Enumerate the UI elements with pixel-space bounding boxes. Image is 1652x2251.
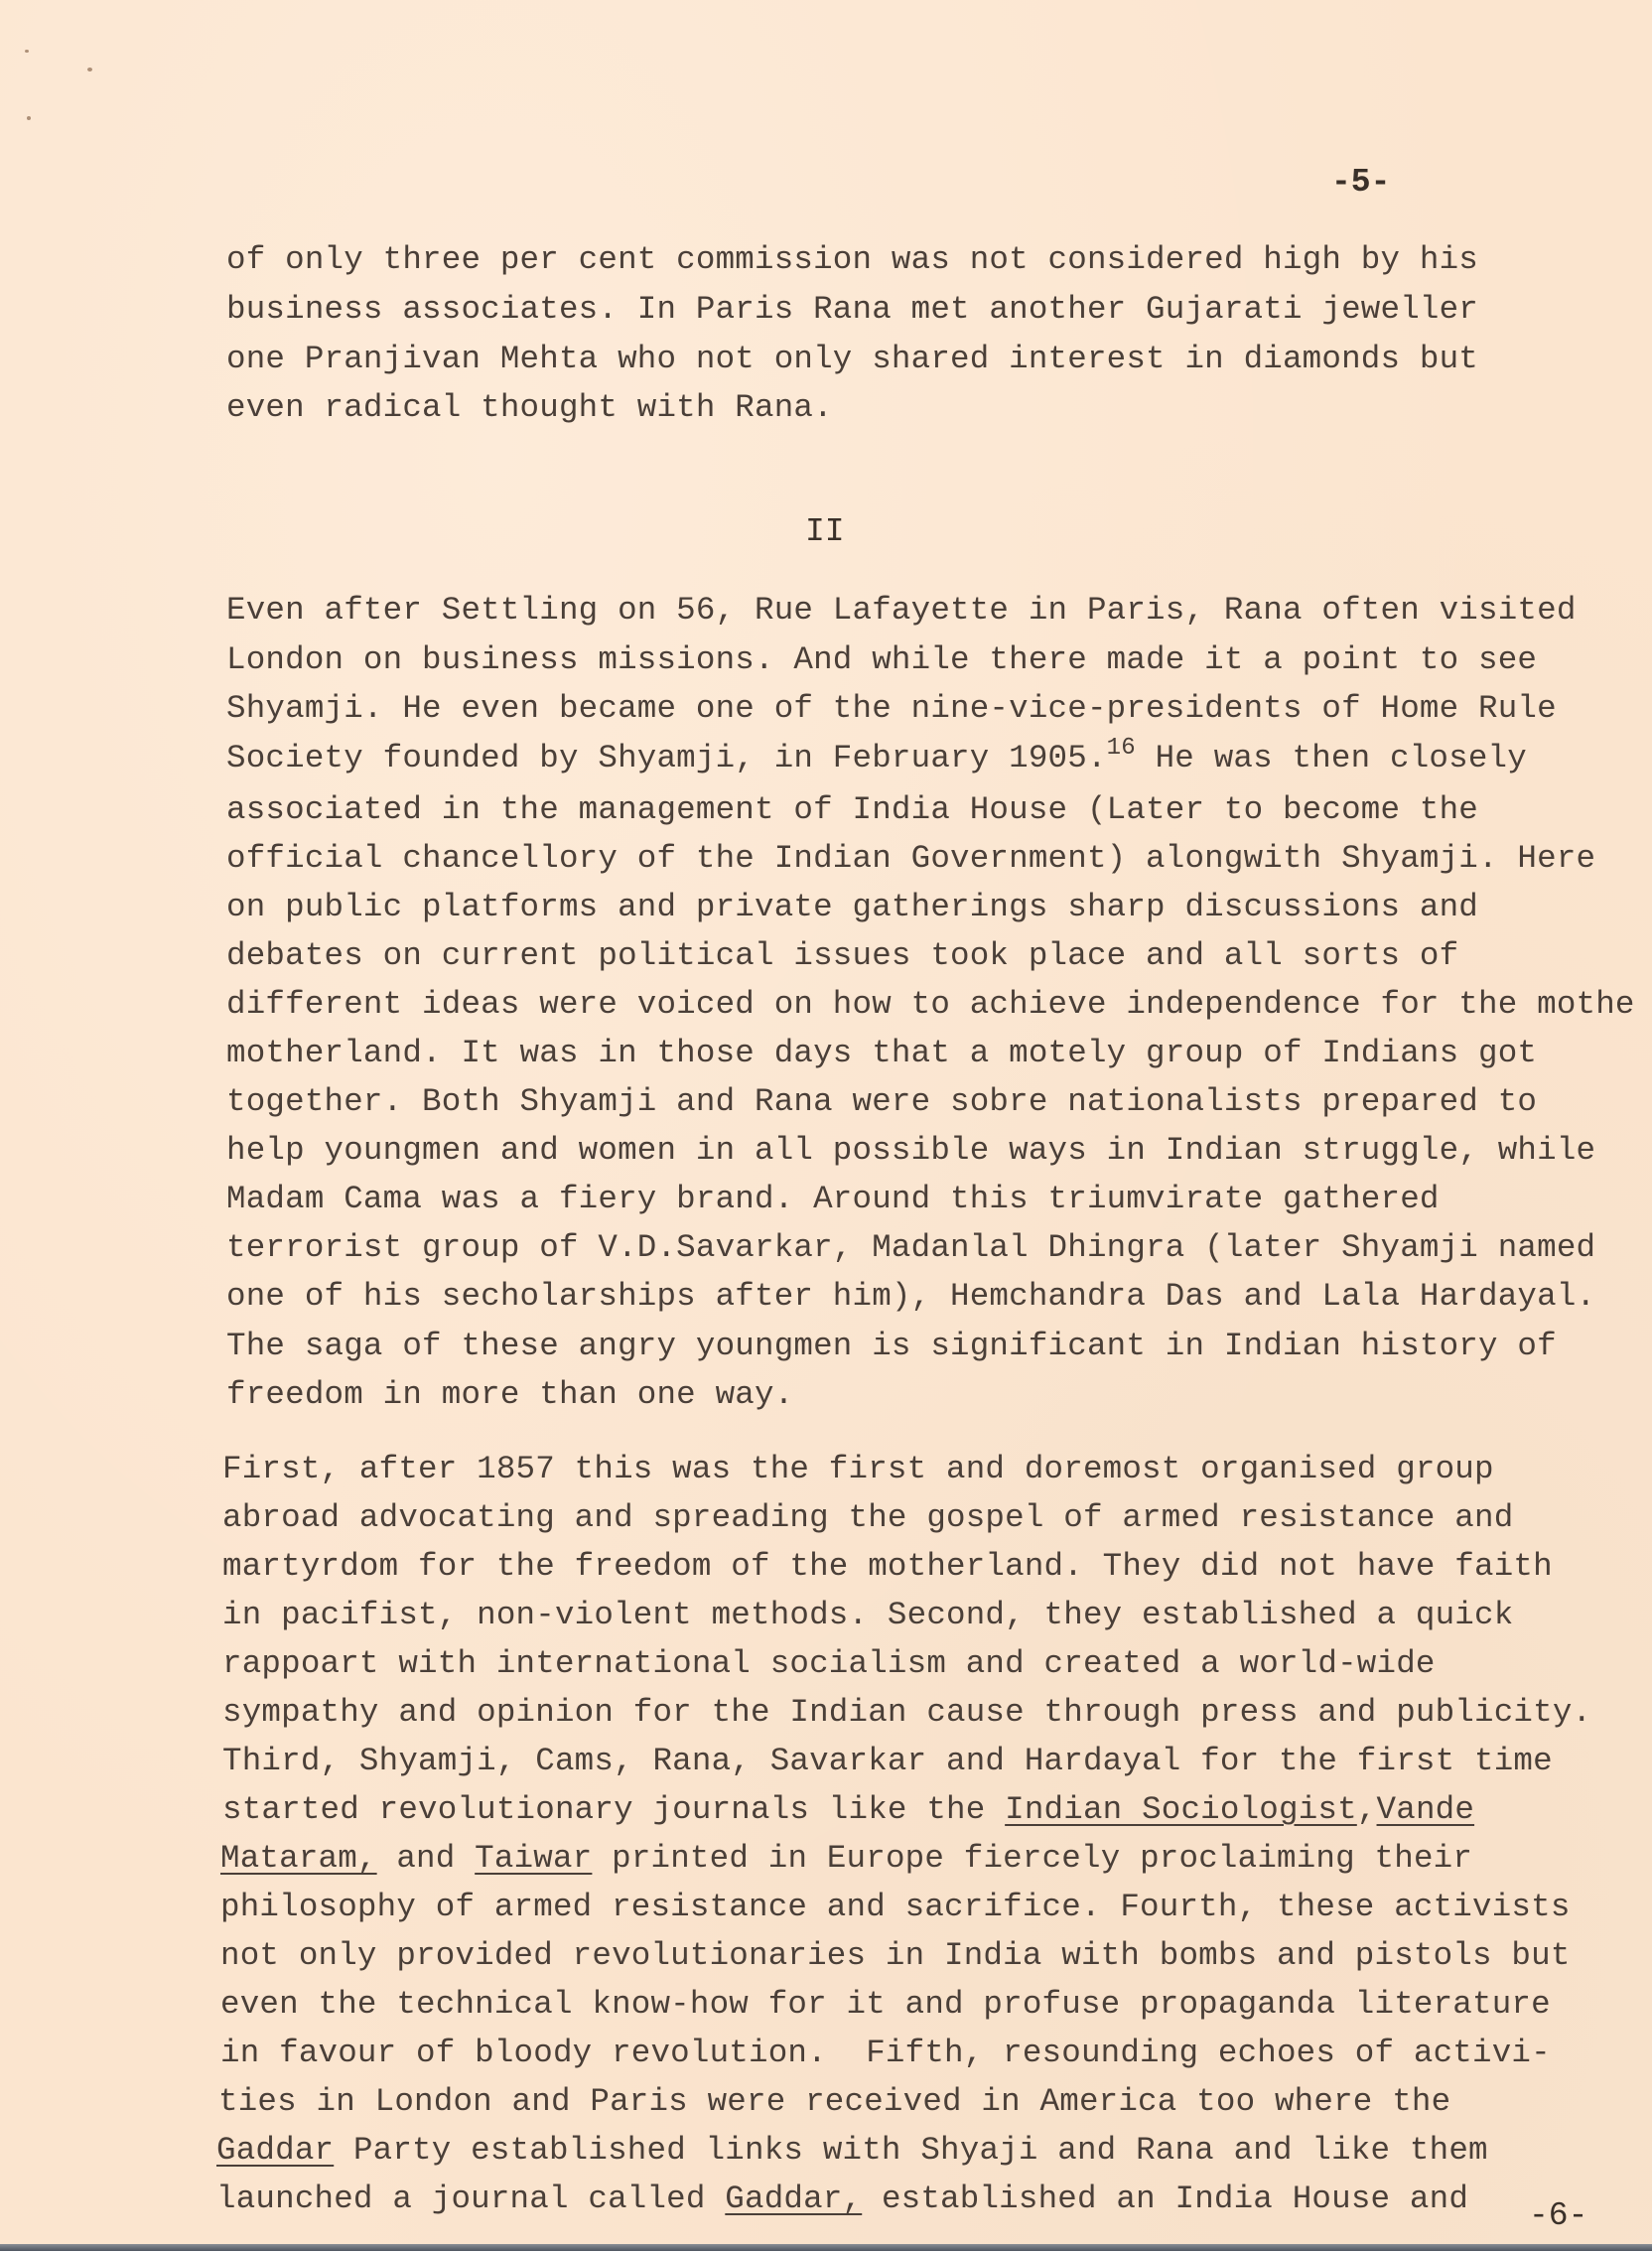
- line-text: established an India House and: [862, 2181, 1468, 2217]
- paragraph-3-line: sympathy and opinion for the Indian caus…: [222, 1697, 1591, 1730]
- journal-title-taiwar: Taiwar: [475, 1840, 592, 1877]
- page-number-bottom: -6-: [1529, 2197, 1587, 2234]
- paper-speck: [27, 116, 31, 120]
- paragraph-3-line: abroad advocating and spreading the gosp…: [222, 1502, 1513, 1535]
- paragraph-3-line: in favour of bloody revolution. Fifth, r…: [220, 2038, 1551, 2070]
- line-text: Party established links with Shyaji and …: [334, 2132, 1488, 2169]
- paragraph-3-line: not only provided revolutionaries in Ind…: [220, 1940, 1571, 1973]
- paragraph-2-line: debates on current political issues took…: [226, 940, 1458, 973]
- page-bottom-edge: [0, 2244, 1652, 2251]
- paragraph-3-line: martyrdom for the freedom of the motherl…: [222, 1551, 1553, 1584]
- separator: ,: [1357, 1791, 1377, 1828]
- paragraph-2-line: The saga of these angry youngmen is sign…: [226, 1331, 1557, 1363]
- paragraph-2-line: together. Both Shyamji and Rana were sob…: [226, 1086, 1537, 1119]
- journal-title-vande-mataram: Mataram,: [220, 1840, 377, 1877]
- paragraph-2-line: one of his secholarships after him), Hem…: [226, 1281, 1595, 1314]
- paragraph-3-line: rappoart with international socialism an…: [222, 1648, 1436, 1681]
- footnote-marker: 16: [1107, 735, 1136, 762]
- paragraph-2-line: Society founded by Shyamji, in February …: [226, 743, 1527, 775]
- line-text: launched a journal called: [216, 2181, 725, 2217]
- journal-title-indian-sociologist: Indian Sociologist: [1005, 1791, 1357, 1828]
- party-name-gaddar: Gaddar: [216, 2132, 334, 2169]
- section-heading: II: [805, 513, 845, 550]
- paragraph-1-line: of only three per cent commission was no…: [226, 244, 1478, 277]
- line-text: printed in Europe fiercely proclaiming t…: [592, 1840, 1472, 1877]
- paragraph-3-line: in pacifist, non-violent methods. Second…: [222, 1600, 1513, 1632]
- paragraph-1-line: one Pranjivan Mehta who not only shared …: [226, 344, 1478, 376]
- paragraph-2-line: terrorist group of V.D.Savarkar, Madanla…: [226, 1232, 1595, 1265]
- paragraph-2-line: motherland. It was in those days that a …: [226, 1038, 1537, 1070]
- paragraph-3-line: philosophy of armed resistance and sacri…: [220, 1892, 1571, 1924]
- paragraph-3-line: Gaddar Party established links with Shya…: [216, 2135, 1488, 2168]
- typewritten-page: -5- of only three per cent commission wa…: [0, 0, 1652, 2246]
- paragraph-3-line: Mataram, and Taiwar printed in Europe fi…: [220, 1843, 1472, 1876]
- paragraph-3-line: Third, Shyamji, Cams, Rana, Savarkar and…: [222, 1746, 1553, 1778]
- journal-title-gaddar: Gaddar,: [725, 2181, 862, 2217]
- paragraph-2-line: freedom in more than one way.: [226, 1379, 793, 1412]
- paragraph-2-line: help youngmen and women in all possible …: [226, 1135, 1595, 1168]
- paragraph-2-line: different ideas were voiced on how to ac…: [226, 989, 1635, 1022]
- paragraph-2-line: official chancellory of the Indian Gover…: [226, 843, 1595, 876]
- journal-title-vande-mataram: Vande: [1377, 1791, 1475, 1828]
- line-text: Society founded by Shyamji, in February …: [226, 740, 1107, 776]
- paragraph-3-line: ties in London and Paris were received i…: [218, 2086, 1450, 2119]
- paragraph-2-line: Madam Cama was a fiery brand. Around thi…: [226, 1184, 1440, 1216]
- paragraph-2-line: London on business missions. And while t…: [226, 644, 1537, 677]
- line-text: started revolutionary journals like the: [222, 1791, 1005, 1828]
- paragraph-1-line: even radical thought with Rana.: [226, 392, 833, 425]
- paragraph-3-line: launched a journal called Gaddar, establ…: [216, 2183, 1468, 2216]
- paper-speck: [25, 50, 29, 53]
- paper-speck: [87, 68, 92, 71]
- line-text: and: [377, 1840, 476, 1877]
- paragraph-3-line: First, after 1857 this was the first and…: [222, 1454, 1494, 1486]
- paragraph-1-line: business associates. In Paris Rana met a…: [226, 294, 1478, 327]
- paragraph-2-line: Shyamji. He even became one of the nine-…: [226, 693, 1557, 726]
- paragraph-2-line: Even after Settling on 56, Rue Lafayette…: [226, 595, 1577, 628]
- paragraph-3-line: started revolutionary journals like the …: [222, 1794, 1474, 1827]
- line-text: He was then closely: [1136, 740, 1527, 776]
- paragraph-2-line: on public platforms and private gatherin…: [226, 892, 1478, 924]
- paragraph-2-line: associated in the management of India Ho…: [226, 794, 1478, 827]
- page-number-top: -5-: [1331, 164, 1390, 201]
- paragraph-3-line: even the technical know-how for it and p…: [220, 1989, 1551, 2022]
